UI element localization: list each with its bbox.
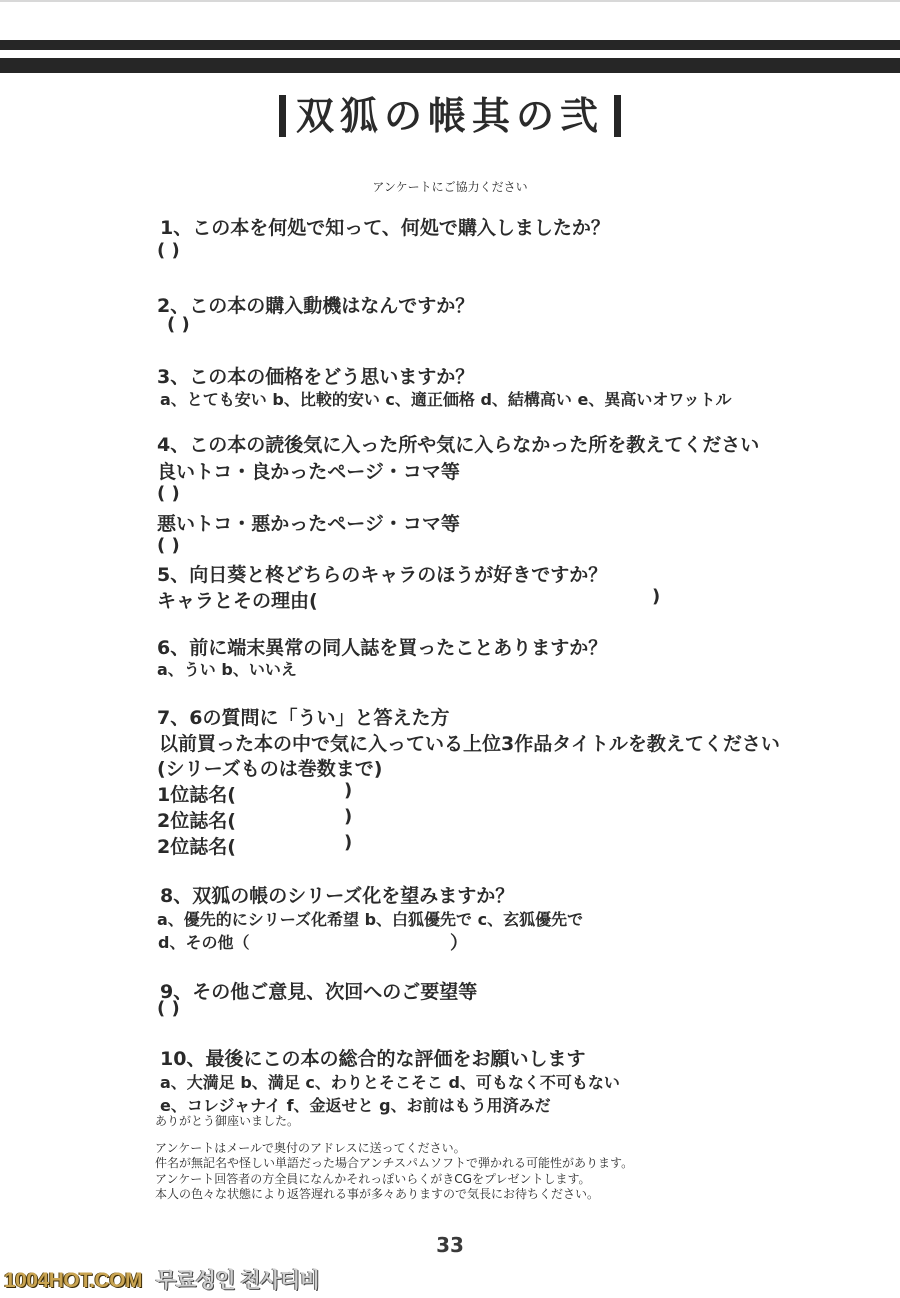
question-8: 8、双狐の帳のシリーズ化を望みますか？ bbox=[160, 881, 514, 908]
rank-2-label: 2位誌名( bbox=[157, 806, 236, 833]
page-title: 双狐の帳其の弐 bbox=[296, 92, 604, 140]
page-title-block: 双狐の帳其の弐 bbox=[0, 92, 900, 140]
header-rule-bottom bbox=[0, 58, 900, 73]
question-9-answer-blank[interactable]: ( ) bbox=[157, 998, 180, 1019]
question-5-answer-label: キャラとその理由( bbox=[157, 586, 318, 613]
question-8-options[interactable]: a、優先的にシリーズ化希望 b、白狐優先で c、玄狐優先で bbox=[157, 907, 583, 930]
question-10: 10、最後にこの本の総合的な評価をお願いします bbox=[160, 1044, 585, 1071]
title-bracket-left bbox=[279, 95, 286, 137]
watermark-site: 1004HOT.COM bbox=[4, 1269, 142, 1292]
question-8-other-close: ） bbox=[450, 929, 468, 955]
question-6: 6、前に端末異常の同人誌を買ったことありますか？ bbox=[157, 633, 607, 660]
note-line-3: アンケート回答者の方全員になんかそれっぽいらくがきCGをプレゼントします。 bbox=[155, 1172, 591, 1186]
header-rule-top bbox=[0, 40, 900, 50]
question-6-options[interactable]: a、うい b、いいえ bbox=[157, 657, 297, 680]
page-edge-line bbox=[0, 0, 900, 2]
watermark: 1004HOT.COM무료성인 천사티비 bbox=[4, 1264, 320, 1294]
question-4-good-blank[interactable]: ( ) bbox=[157, 483, 180, 504]
question-5-answer-close: ) bbox=[652, 586, 660, 607]
question-1: 1、この本を何処で知って、何処で購入しましたか？ bbox=[160, 213, 610, 240]
page-number: 33 bbox=[0, 1233, 900, 1257]
rank-3-close[interactable]: ) bbox=[344, 832, 352, 853]
question-2: 2、この本の購入動機はなんですか？ bbox=[157, 291, 474, 318]
question-4-bad-blank[interactable]: ( ) bbox=[157, 535, 180, 556]
survey-subtitle: アンケートにご協力ください bbox=[0, 178, 900, 195]
question-2-answer-blank[interactable]: ( ) bbox=[167, 314, 190, 335]
watermark-tagline: 무료성인 천사티비 bbox=[156, 1269, 320, 1292]
question-7-note: (シリーズものは巻数まで) bbox=[157, 754, 382, 781]
question-1-answer-blank[interactable]: ( ) bbox=[157, 240, 180, 261]
rank-1-label: 1位誌名( bbox=[157, 780, 236, 807]
rank-2-close[interactable]: ) bbox=[344, 806, 352, 827]
thanks-text: ありがとう御座いました。 bbox=[155, 1112, 299, 1129]
question-4-good-label: 良いトコ・良かったページ・コマ等 bbox=[157, 457, 460, 484]
title-bracket-right bbox=[614, 95, 621, 137]
question-10-options[interactable]: a、大満足 b、満足 c、わりとそこそこ d、可もなく不可もない bbox=[160, 1070, 620, 1093]
question-4-bad-label: 悪いトコ・悪かったページ・コマ等 bbox=[157, 509, 460, 536]
question-9: 9、その他ご意見、次回へのご要望等 bbox=[160, 977, 477, 1004]
question-7-subtext: 以前買った本の中で気に入っている上位3作品タイトルを教えてください bbox=[159, 729, 780, 756]
question-8-other-label[interactable]: d、その他（ bbox=[158, 930, 249, 953]
question-7: 7、6の質問に「うい」と答えた方 bbox=[157, 703, 449, 730]
note-line-4: 本人の色々な状態により返答遅れる事が多々ありますので気長にお待ちください。 bbox=[155, 1187, 599, 1201]
question-3: 3、この本の価格をどう思いますか？ bbox=[157, 362, 474, 389]
rank-3-label: 2位誌名( bbox=[157, 832, 236, 859]
rank-1-close[interactable]: ) bbox=[344, 780, 352, 801]
question-4: 4、この本の読後気に入った所や気に入らなかった所を教えてください bbox=[157, 430, 759, 457]
note-line-1: アンケートはメールで奥付のアドレスに送ってください。 bbox=[155, 1141, 466, 1155]
question-3-options[interactable]: a、とても安い b、比較的安い c、適正価格 d、結構高い e、異高いオワットル bbox=[160, 387, 732, 410]
note-line-2: 件名が無記名や怪しい単語だった場合アンチスパムソフトで弾かれる可能性があります。 bbox=[155, 1156, 633, 1170]
question-5: 5、向日葵と柊どちらのキャラのほうが好きですか？ bbox=[157, 560, 607, 587]
